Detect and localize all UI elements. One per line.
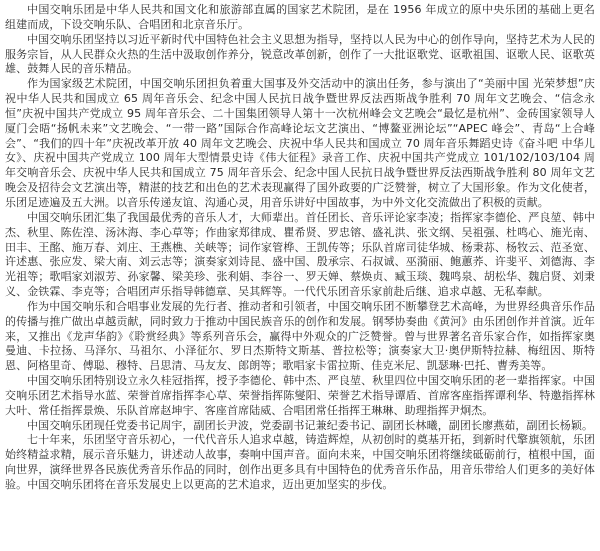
paragraph-conductors: 中国交响乐团特别设立永久桂冠指挥，授予李德伦、韩中杰、严良堃、秋里四位中国交响乐… [5,374,595,419]
document-page: 中国交响乐团是中华人民共和国文化和旅游部直属的国家艺术院团，是在 1956 年成… [0,0,600,551]
paragraph-musicians-roster: 中国交响乐团汇集了我国最优秀的音乐人才，大师辈出。首任团长、音乐评论家李凌；指挥… [5,211,595,300]
paragraph-closing-outlook: 七十年来，乐团坚守音乐初心，一代代音乐人追求卓越，铸造辉煌，从初创时的奠基开拓，… [5,433,595,492]
paragraph-guiding-principles: 中国交响乐团坚持以习近平新时代中国特色社会主义思想为指导，坚持以人民为中心的创作… [5,33,595,78]
document-body: 中国交响乐团是中华人民共和国文化和旅游部直属的国家艺术院团，是在 1956 年成… [5,3,595,493]
paragraph-intro: 中国交响乐团是中华人民共和国文化和旅游部直属的国家艺术院团，是在 1956 年成… [5,3,595,33]
paragraph-current-leadership: 中国交响乐团现任党委书记周宇，副团长尹波，党委副书记兼纪委书记、副团长林曦，副团… [5,419,595,434]
paragraph-artistic-achievements: 作为中国交响乐和合唱事业发展的先行者、推动者和引领者，中国交响乐团不断攀登艺术高… [5,300,595,374]
paragraph-state-performances: 作为国家级艺术院团，中国交响乐团担负着重大国事及外交活动中的演出任务，参与演出了… [5,77,595,211]
